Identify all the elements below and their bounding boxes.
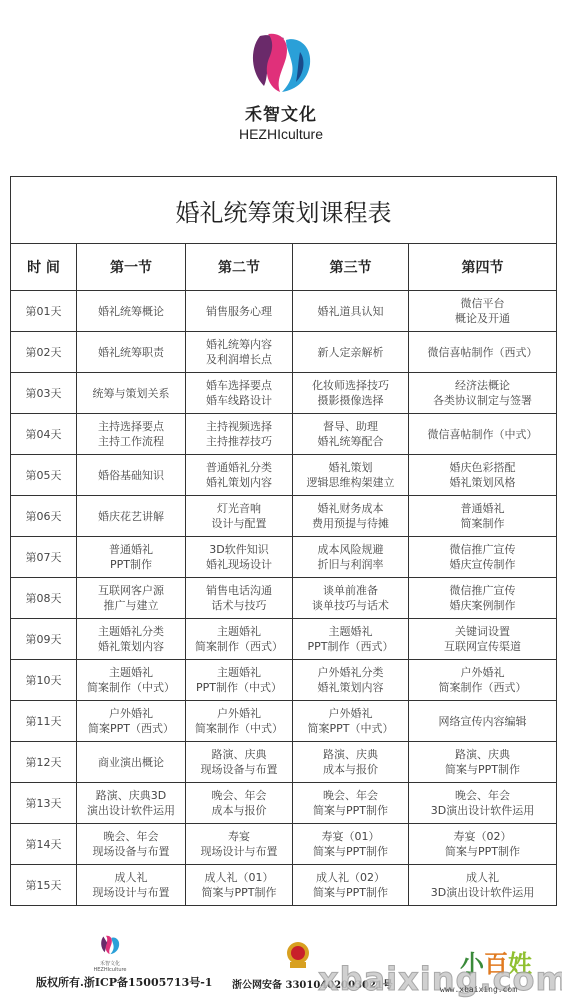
session-1-cell: 路演、庆典3D演出设计软件运用 — [77, 783, 186, 824]
course-topic: 微信推广宣传 — [409, 542, 556, 557]
course-topic: 现场设计与布置 — [186, 844, 292, 859]
course-topic: 灯光音响 — [186, 501, 292, 516]
course-topic: PPT制作 — [77, 557, 185, 572]
session-2-cell: 婚车选择要点婚车线路设计 — [186, 373, 293, 414]
day-cell: 第03天 — [11, 373, 77, 414]
course-topic: 婚礼策划内容 — [77, 639, 185, 654]
session-1-cell: 婚俗基础知识 — [77, 455, 186, 496]
header-session-2: 第二节 — [186, 244, 293, 291]
session-1-cell: 主题婚礼简案制作（中式） — [77, 660, 186, 701]
course-topic: 现场设计与布置 — [77, 885, 185, 900]
session-1-cell: 婚礼统筹职责 — [77, 332, 186, 373]
session-1-cell: 成人礼现场设计与布置 — [77, 865, 186, 906]
course-topic: 谈单技巧与话术 — [293, 598, 408, 613]
course-topic: 主题婚礼 — [293, 624, 408, 639]
course-topic: 婚庆案例制作 — [409, 598, 556, 613]
session-3-cell: 户外婚礼分类婚礼策划内容 — [293, 660, 409, 701]
course-topic: 主持工作流程 — [77, 434, 185, 449]
course-topic: 路演、庆典 — [293, 747, 408, 762]
course-topic: 主题婚礼 — [77, 665, 185, 680]
course-topic: 成人礼 — [409, 870, 556, 885]
course-topic: 路演、庆典3D — [77, 788, 185, 803]
course-topic: 主题婚礼分类 — [77, 624, 185, 639]
course-topic: 简案与PPT制作 — [409, 762, 556, 777]
course-topic: 督导、助理 — [293, 419, 408, 434]
course-topic: 统筹与策划关系 — [77, 386, 185, 401]
course-topic: 逻辑思维构架建立 — [293, 475, 408, 490]
course-topic: 简案与PPT制作 — [293, 885, 408, 900]
session-4-cell: 微信推广宣传婚庆案例制作 — [409, 578, 557, 619]
session-4-cell: 关键词设置互联网宣传渠道 — [409, 619, 557, 660]
brand-name-cn: 禾智文化 — [238, 100, 324, 125]
course-topic: 婚礼道具认知 — [293, 304, 408, 319]
course-topic: 路演、庆典 — [409, 747, 556, 762]
day-cell: 第04天 — [11, 414, 77, 455]
course-topic: 新人定亲解析 — [293, 345, 408, 360]
session-4-cell: 婚庆色彩搭配婚礼策划风格 — [409, 455, 557, 496]
footer-logo-cn: 禾智文化 — [92, 960, 128, 967]
course-topic: 简案PPT（中式） — [293, 721, 408, 736]
session-2-cell: 成人礼（01）简案与PPT制作 — [186, 865, 293, 906]
course-topic: 晚会、年会 — [409, 788, 556, 803]
session-4-cell: 微信喜帖制作（西式） — [409, 332, 557, 373]
course-topic: 概论及开通 — [409, 311, 556, 326]
day-cell: 第10天 — [11, 660, 77, 701]
day-cell: 第07天 — [11, 537, 77, 578]
course-topic: 婚礼统筹职责 — [77, 345, 185, 360]
course-topic: 婚礼统筹配合 — [293, 434, 408, 449]
day-cell: 第12天 — [11, 742, 77, 783]
course-topic: 婚礼统筹内容 — [186, 337, 292, 352]
session-1-cell: 主题婚礼分类婚礼策划内容 — [77, 619, 186, 660]
course-topic: 各类协议制定与签署 — [409, 393, 556, 408]
footer: 禾智文化 HEZHIculture 版权所有.浙ICP备15005713号-1 … — [0, 930, 562, 1000]
course-topic: 主持推荐技巧 — [186, 434, 292, 449]
session-2-cell: 销售服务心理 — [186, 291, 293, 332]
table-row: 第05天婚俗基础知识普通婚礼分类婚礼策划内容婚礼策划逻辑思维构架建立婚庆色彩搭配… — [11, 455, 557, 496]
course-topic: 婚礼策划内容 — [293, 680, 408, 695]
session-3-cell: 路演、庆典成本与报价 — [293, 742, 409, 783]
session-4-cell: 微信喜帖制作（中式） — [409, 414, 557, 455]
course-topic: 婚礼统筹概论 — [77, 304, 185, 319]
course-topic: 3D演出设计软件运用 — [409, 885, 556, 900]
session-2-cell: 销售电话沟通话术与技巧 — [186, 578, 293, 619]
course-topic: 简案制作（西式） — [186, 639, 292, 654]
course-topic: 婚俗基础知识 — [77, 468, 185, 483]
course-topic: 销售服务心理 — [186, 304, 292, 319]
course-topic: 普通婚礼 — [77, 542, 185, 557]
session-2-cell: 寿宴现场设计与布置 — [186, 824, 293, 865]
course-topic: 户外婚礼 — [293, 706, 408, 721]
course-topic: 晚会、年会 — [186, 788, 292, 803]
header-session-1: 第一节 — [77, 244, 186, 291]
table-row: 第01天婚礼统筹概论销售服务心理婚礼道具认知微信平台概论及开通 — [11, 291, 557, 332]
session-3-cell: 成本风险规避折旧与利润率 — [293, 537, 409, 578]
course-topic: 成本风险规避 — [293, 542, 408, 557]
course-topic: 户外婚礼 — [409, 665, 556, 680]
session-4-cell: 普通婚礼简案制作 — [409, 496, 557, 537]
session-3-cell: 化妆师选择技巧摄影摄像选择 — [293, 373, 409, 414]
session-2-cell: 普通婚礼分类婚礼策划内容 — [186, 455, 293, 496]
brand-logo-icon — [246, 28, 316, 98]
watermark-site: www.xbaixing.com — [440, 985, 517, 994]
course-topic: 商业演出概论 — [77, 755, 185, 770]
course-topic: 折旧与利润率 — [293, 557, 408, 572]
course-topic: 户外婚礼 — [77, 706, 185, 721]
brand-name-en: HEZHIculture — [238, 126, 324, 142]
course-topic: 寿宴 — [186, 829, 292, 844]
footer-logo-icon — [99, 934, 121, 956]
course-topic: 设计与配置 — [186, 516, 292, 531]
police-badge-icon — [284, 940, 312, 974]
session-2-cell: 晚会、年会成本与报价 — [186, 783, 293, 824]
session-3-cell: 晚会、年会简案与PPT制作 — [293, 783, 409, 824]
table-row: 第14天晚会、年会现场设备与布置寿宴现场设计与布置寿宴（01）简案与PPT制作寿… — [11, 824, 557, 865]
course-topic: 简案PPT（西式） — [77, 721, 185, 736]
course-topic: 网络宣传内容编辑 — [409, 714, 556, 729]
session-3-cell: 婚礼财务成本费用预提与待摊 — [293, 496, 409, 537]
course-topic: 关键词设置 — [409, 624, 556, 639]
session-4-cell: 路演、庆典简案与PPT制作 — [409, 742, 557, 783]
day-cell: 第09天 — [11, 619, 77, 660]
session-1-cell: 晚会、年会现场设备与布置 — [77, 824, 186, 865]
course-topic: 主持视频选择 — [186, 419, 292, 434]
course-topic: 晚会、年会 — [77, 829, 185, 844]
course-topic: 普通婚礼分类 — [186, 460, 292, 475]
course-topic: 摄影摄像选择 — [293, 393, 408, 408]
day-cell: 第06天 — [11, 496, 77, 537]
session-2-cell: 3D软件知识婚礼现场设计 — [186, 537, 293, 578]
table-row: 第13天路演、庆典3D演出设计软件运用晚会、年会成本与报价晚会、年会简案与PPT… — [11, 783, 557, 824]
course-topic: 主题婚礼 — [186, 624, 292, 639]
session-3-cell: 寿宴（01）简案与PPT制作 — [293, 824, 409, 865]
header-session-3: 第三节 — [293, 244, 409, 291]
course-topic: 互联网客户源 — [77, 583, 185, 598]
session-2-cell: 灯光音响设计与配置 — [186, 496, 293, 537]
table-row: 第10天主题婚礼简案制作（中式）主题婚礼PPT制作（中式）户外婚礼分类婚礼策划内… — [11, 660, 557, 701]
course-topic: 简案制作 — [409, 516, 556, 531]
session-1-cell: 互联网客户源推广与建立 — [77, 578, 186, 619]
session-1-cell: 婚庆花艺讲解 — [77, 496, 186, 537]
table-row: 第12天商业演出概论路演、庆典现场设备与布置路演、庆典成本与报价路演、庆典简案与… — [11, 742, 557, 783]
course-topic: 简案与PPT制作 — [186, 885, 292, 900]
course-topic: 费用预提与待摊 — [293, 516, 408, 531]
session-2-cell: 主题婚礼简案制作（西式） — [186, 619, 293, 660]
footer-mini-logo: 禾智文化 HEZHIculture — [92, 934, 128, 973]
header-time: 时 间 — [11, 244, 77, 291]
table-row: 第03天统筹与策划关系婚车选择要点婚车线路设计化妆师选择技巧摄影摄像选择经济法概… — [11, 373, 557, 414]
course-topic: 简案与PPT制作 — [293, 803, 408, 818]
session-4-cell: 微信平台概论及开通 — [409, 291, 557, 332]
course-topic: 3D演出设计软件运用 — [409, 803, 556, 818]
course-topic: 普通婚礼 — [409, 501, 556, 516]
table-row: 第11天户外婚礼简案PPT（西式）户外婚礼简案制作（中式）户外婚礼简案PPT（中… — [11, 701, 557, 742]
course-topic: 婚礼现场设计 — [186, 557, 292, 572]
course-topic: 成人礼（01） — [186, 870, 292, 885]
session-2-cell: 户外婚礼简案制作（中式） — [186, 701, 293, 742]
course-topic: 现场设备与布置 — [186, 762, 292, 777]
course-topic: 户外婚礼分类 — [293, 665, 408, 680]
brand-logo: 禾智文化 HEZHIculture — [238, 28, 324, 148]
session-3-cell: 督导、助理婚礼统筹配合 — [293, 414, 409, 455]
course-topic: 婚礼策划 — [293, 460, 408, 475]
course-topic: 婚车选择要点 — [186, 378, 292, 393]
session-4-cell: 网络宣传内容编辑 — [409, 701, 557, 742]
table-row: 第07天普通婚礼PPT制作3D软件知识婚礼现场设计成本风险规避折旧与利润率微信推… — [11, 537, 557, 578]
course-topic: 寿宴（01） — [293, 829, 408, 844]
course-topic: 婚庆花艺讲解 — [77, 509, 185, 524]
day-cell: 第08天 — [11, 578, 77, 619]
session-1-cell: 主持选择要点主持工作流程 — [77, 414, 186, 455]
session-2-cell: 主题婚礼PPT制作（中式） — [186, 660, 293, 701]
course-topic: PPT制作（西式） — [293, 639, 408, 654]
course-topic: 成人礼（02） — [293, 870, 408, 885]
course-topic: 谈单前准备 — [293, 583, 408, 598]
course-topic: 成人礼 — [77, 870, 185, 885]
course-topic: 婚礼策划内容 — [186, 475, 292, 490]
header-session-4: 第四节 — [409, 244, 557, 291]
course-topic: 婚车线路设计 — [186, 393, 292, 408]
table-row: 第09天主题婚礼分类婚礼策划内容主题婚礼简案制作（西式）主题婚礼PPT制作（西式… — [11, 619, 557, 660]
table-row: 第02天婚礼统筹职责婚礼统筹内容及利润增长点新人定亲解析微信喜帖制作（西式） — [11, 332, 557, 373]
course-topic: 简案制作（中式） — [186, 721, 292, 736]
course-topic: 互联网宣传渠道 — [409, 639, 556, 654]
session-4-cell: 微信推广宣传婚庆宣传制作 — [409, 537, 557, 578]
day-cell: 第05天 — [11, 455, 77, 496]
session-4-cell: 经济法概论各类协议制定与签署 — [409, 373, 557, 414]
course-topic: 现场设备与布置 — [77, 844, 185, 859]
course-topic: 3D软件知识 — [186, 542, 292, 557]
session-3-cell: 主题婚礼PPT制作（西式） — [293, 619, 409, 660]
course-topic: 路演、庆典 — [186, 747, 292, 762]
session-1-cell: 统筹与策划关系 — [77, 373, 186, 414]
session-1-cell: 商业演出概论 — [77, 742, 186, 783]
course-topic: 销售电话沟通 — [186, 583, 292, 598]
day-cell: 第02天 — [11, 332, 77, 373]
session-3-cell: 新人定亲解析 — [293, 332, 409, 373]
session-1-cell: 婚礼统筹概论 — [77, 291, 186, 332]
session-3-cell: 成人礼（02）简案与PPT制作 — [293, 865, 409, 906]
day-cell: 第13天 — [11, 783, 77, 824]
course-topic: 微信推广宣传 — [409, 583, 556, 598]
course-topic: 婚庆宣传制作 — [409, 557, 556, 572]
course-topic: 简案制作（中式） — [77, 680, 185, 695]
session-1-cell: 普通婚礼PPT制作 — [77, 537, 186, 578]
course-topic: PPT制作（中式） — [186, 680, 292, 695]
session-3-cell: 户外婚礼简案PPT（中式） — [293, 701, 409, 742]
table-title: 婚礼统筹策划课程表 — [11, 177, 557, 244]
table-row: 第04天主持选择要点主持工作流程主持视频选择主持推荐技巧督导、助理婚礼统筹配合微… — [11, 414, 557, 455]
table-row: 第08天互联网客户源推广与建立销售电话沟通话术与技巧谈单前准备谈单技巧与话术微信… — [11, 578, 557, 619]
session-2-cell: 路演、庆典现场设备与布置 — [186, 742, 293, 783]
footer-logo-en: HEZHIculture — [92, 967, 128, 973]
session-1-cell: 户外婚礼简案PPT（西式） — [77, 701, 186, 742]
course-topic: 晚会、年会 — [293, 788, 408, 803]
session-4-cell: 晚会、年会3D演出设计软件运用 — [409, 783, 557, 824]
course-topic: 微信喜帖制作（西式） — [409, 345, 556, 360]
session-4-cell: 成人礼3D演出设计软件运用 — [409, 865, 557, 906]
course-topic: 演出设计软件运用 — [77, 803, 185, 818]
course-topic: 婚庆色彩搭配 — [409, 460, 556, 475]
day-cell: 第01天 — [11, 291, 77, 332]
copyright-text: 版权所有.浙ICP备15005713号-1 — [36, 974, 212, 990]
course-topic: 成本与报价 — [186, 803, 292, 818]
course-topic: 简案与PPT制作 — [293, 844, 408, 859]
session-3-cell: 谈单前准备谈单技巧与话术 — [293, 578, 409, 619]
course-topic: 经济法概论 — [409, 378, 556, 393]
day-cell: 第11天 — [11, 701, 77, 742]
session-2-cell: 婚礼统筹内容及利润增长点 — [186, 332, 293, 373]
course-topic: 成本与报价 — [293, 762, 408, 777]
course-topic: 简案与PPT制作 — [409, 844, 556, 859]
course-topic: 主持选择要点 — [77, 419, 185, 434]
course-topic: 婚礼财务成本 — [293, 501, 408, 516]
table-row: 第06天婚庆花艺讲解灯光音响设计与配置婚礼财务成本费用预提与待摊普通婚礼简案制作 — [11, 496, 557, 537]
day-cell: 第14天 — [11, 824, 77, 865]
session-2-cell: 主持视频选择主持推荐技巧 — [186, 414, 293, 455]
course-topic: 寿宴（02） — [409, 829, 556, 844]
course-topic: 主题婚礼 — [186, 665, 292, 680]
course-topic: 婚礼策划风格 — [409, 475, 556, 490]
course-topic: 话术与技巧 — [186, 598, 292, 613]
session-4-cell: 户外婚礼简案制作（西式） — [409, 660, 557, 701]
session-3-cell: 婚礼道具认知 — [293, 291, 409, 332]
session-3-cell: 婚礼策划逻辑思维构架建立 — [293, 455, 409, 496]
course-topic: 微信喜帖制作（中式） — [409, 427, 556, 442]
course-topic: 微信平台 — [409, 296, 556, 311]
course-topic: 简案制作（西式） — [409, 680, 556, 695]
table-row: 第15天成人礼现场设计与布置成人礼（01）简案与PPT制作成人礼（02）简案与P… — [11, 865, 557, 906]
course-schedule-table: 婚礼统筹策划课程表 时 间 第一节 第二节 第三节 第四节 第01天婚礼统筹概论… — [10, 176, 557, 906]
session-4-cell: 寿宴（02）简案与PPT制作 — [409, 824, 557, 865]
course-topic: 户外婚礼 — [186, 706, 292, 721]
course-topic: 化妆师选择技巧 — [293, 378, 408, 393]
day-cell: 第15天 — [11, 865, 77, 906]
table-header-row: 时 间 第一节 第二节 第三节 第四节 — [11, 244, 557, 291]
course-topic: 推广与建立 — [77, 598, 185, 613]
course-topic: 及利润增长点 — [186, 352, 292, 367]
